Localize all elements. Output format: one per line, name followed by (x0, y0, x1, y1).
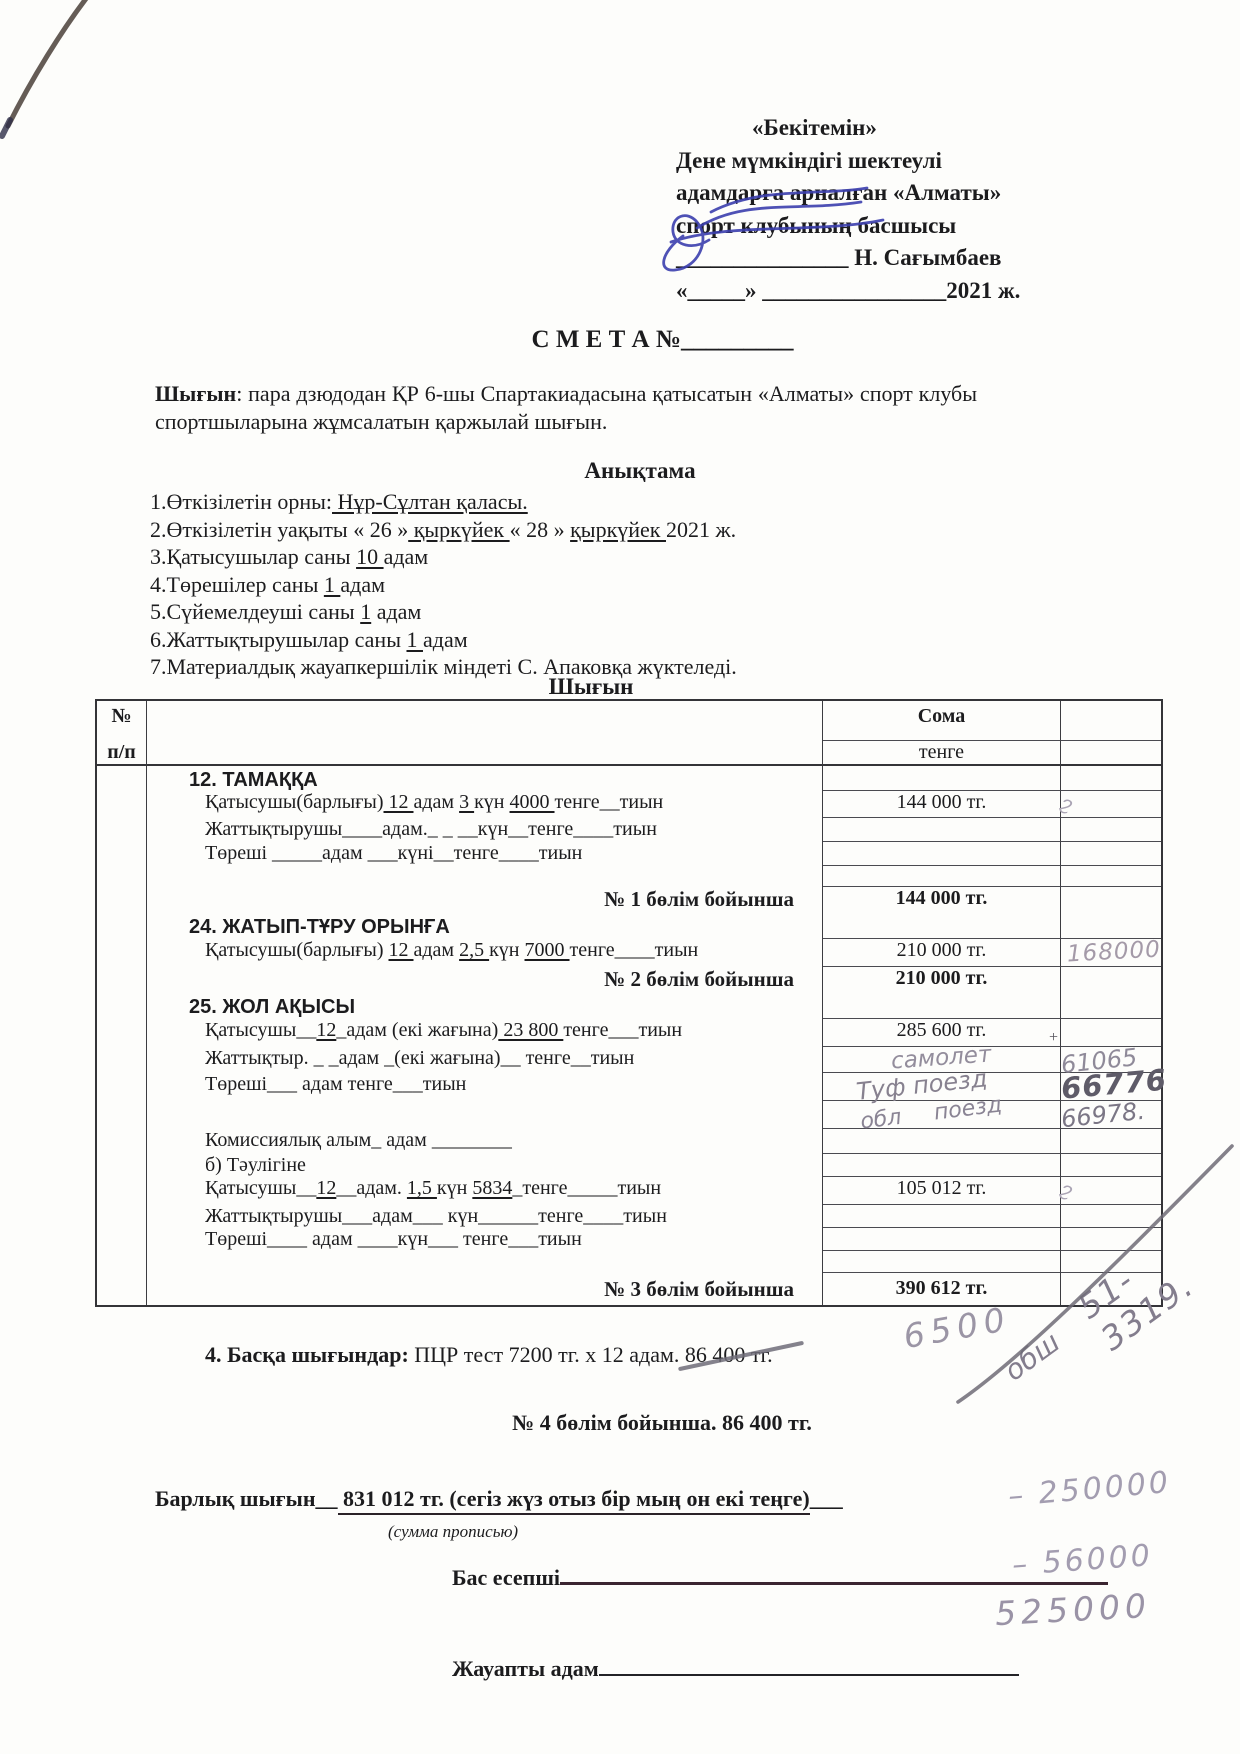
approval-org-line: Дене мүмкіндігі шектеулі (676, 145, 1106, 178)
grand-total-amount: 831 012 тг. (338, 1486, 450, 1511)
responsible-person-line: Жауапты адам (452, 1650, 1019, 1682)
reference-list: 1.Өткізілетін орны: Нұр-Сұлтан қаласы. 2… (150, 488, 1030, 681)
responsible-signature-blank (599, 1650, 1019, 1676)
signatory-name: Н. Сағымбаев (849, 245, 1002, 270)
pencil-minus-250000: – 250000 (1007, 1465, 1172, 1514)
section2-total-label: № 2 бөлім бойынша (147, 967, 823, 993)
sec24-sum: 210 000 тг. (823, 939, 1061, 967)
table-row: Жаттықтырушы____адам._ _ __күн__тенге___… (97, 818, 1161, 842)
pencil-diagonal-stroke (940, 1130, 1240, 1420)
per-day-label: б) Тәулігіне (147, 1154, 823, 1177)
section2-total: 210 000 тг. (823, 967, 1061, 993)
approval-signature-row: _______________ Н. Сағымбаев (676, 242, 1106, 275)
table-row: обл поезд 66978. (97, 1101, 1161, 1129)
intro-line1-text: : пара дзюдодан ҚР 6-шы Спартакиадасына … (236, 381, 977, 406)
table-row: п/п тенге (97, 741, 1161, 766)
pencil-plus-mark: + (1049, 1029, 1058, 1047)
pencil-value-66978: 66978. (1060, 1097, 1146, 1134)
pencil-result-525000: 525000 (994, 1586, 1152, 1633)
title-blank: _________ (681, 326, 794, 353)
sec12-participants-line: Қатысушы(барлығы) 12 адам 3 күн 4000 тен… (147, 791, 823, 818)
grand-total-label: Барлық шығын (155, 1486, 316, 1511)
section-25-title: 25. ЖОЛ АҚЫСЫ (189, 993, 822, 1019)
section1-total: 144 000 тг. (823, 887, 1061, 913)
sec25-referee-line: Төреші___ адам тенге___тиын (147, 1073, 823, 1101)
sec25-coach-line: Жаттықтыр. _ _адам _(екі жағына)__ тенге… (147, 1047, 823, 1073)
per-day-participants-line: Қатысушы__12__адам. 1,5 күн 5834_тенге__… (147, 1177, 823, 1205)
approval-org-line: спорт клубының басшысы (676, 210, 1106, 243)
section-24-title: 24. ЖАТЫП-ТҰРУ ОРЫНҒА (189, 913, 822, 939)
table-row: Қатысушы(барлығы) 12 адам 3 күн 4000 тен… (97, 791, 1161, 818)
sec25-participants-line: Қатысушы__12_адам (екі жағына) 23 800 те… (147, 1019, 823, 1047)
scanned-document-page: «Бекітемін» Дене мүмкіндігі шектеулі ада… (0, 0, 1240, 1754)
reference-item-3: 3.Қатысушылар саны 10 адам (150, 543, 1030, 571)
commission-line: Комиссиялық алым_ адам ________ (147, 1129, 823, 1154)
sec12-referee-line: Төреші _____адам ___күні__тенге____тиын (147, 842, 823, 866)
table-row: Төреші _____адам ___күні__тенге____тиын (97, 842, 1161, 866)
reference-heading: Анықтама (0, 458, 1240, 484)
intro-label: Шығын (155, 381, 236, 406)
pencil-mark: ϩ (1058, 792, 1076, 816)
sec24-participants-line: Қатысушы(барлығы) 12 адам 2,5 күн 7000 т… (147, 939, 823, 967)
reference-item-2: 2.Өткізілетін уақыты « 26 » қыркүйек « 2… (150, 516, 1030, 544)
col-npp-header-2: п/п (97, 741, 147, 766)
sec25-sum-value: 285 600 тг. (897, 1019, 987, 1041)
other-expenses-line: 4. Басқа шығындар: ПЦР тест 7200 тг. х 1… (205, 1342, 773, 1368)
reference-item-5: 5.Сүйемелдеуші саны 1 адам (150, 598, 1030, 626)
table-row: 12. ТАМАҚҚА (97, 766, 1161, 791)
responsible-person-label: Жауапты адам (452, 1656, 599, 1681)
table-row: № 1 бөлім бойынша 144 000 тг. (97, 887, 1161, 913)
reference-item-6: 6.Жаттықтырушылар саны 1 адам (150, 626, 1030, 654)
grand-total-line: Барлық шығын__ 831 012 тг. (сегіз жүз от… (155, 1486, 843, 1512)
table-row: 25. ЖОЛ АҚЫСЫ (97, 993, 1161, 1019)
reference-item-1: 1.Өткізілетін орны: Нұр-Сұлтан қаласы. (150, 488, 1030, 516)
table-row: Қатысушы__12_адам (екі жағына) 23 800 те… (97, 1019, 1161, 1047)
section-12-title: 12. ТАМАҚҚА (189, 766, 822, 792)
total-gap: __ (316, 1486, 338, 1511)
scan-artifact (0, 0, 130, 150)
struck-amount: 86 400 тг. (685, 1342, 773, 1368)
grand-total-amount-and-words: 831 012 тг. (сегіз жүз отыз бір мың он е… (338, 1486, 810, 1515)
chief-accountant-label: Бас есепші (452, 1565, 560, 1590)
sum-column-header: Сома (823, 701, 1061, 741)
section3-total-label: № 3 бөлім бойынша (147, 1273, 823, 1305)
per-day-coach-line: Жаттықтырушы___адам___ күн______тенге___… (147, 1205, 823, 1228)
intro-paragraph: Шығын: пара дзюдодан ҚР 6-шы Спартакиада… (155, 380, 977, 436)
other-expenses-body: ПЦР тест 7200 тг. х 12 адам. (409, 1342, 685, 1367)
pencil-value-168000: 168000 (1066, 937, 1161, 968)
table-row: № Сома (97, 701, 1161, 741)
title-text: С М Е Т А № (532, 326, 681, 353)
approval-block: «Бекітемін» Дене мүмкіндігі шектеулі ада… (676, 112, 1106, 307)
intro-line1: Шығын: пара дзюдодан ҚР 6-шы Спартакиада… (155, 380, 977, 408)
sum-in-words-note: (сумма прописью) (388, 1522, 518, 1542)
approval-org-line: адамдарға арналған «Алматы» (676, 177, 1106, 210)
approval-title: «Бекітемін» (676, 112, 1106, 145)
accountant-signature-blank (560, 1558, 1108, 1585)
table-row: Төреші___ адам тенге___тиын Туф поезд 66… (97, 1073, 1161, 1101)
table-row: Қатысушы(барлығы) 12 адам 2,5 күн 7000 т… (97, 939, 1161, 967)
table-row (97, 866, 1161, 887)
chief-accountant-line: Бас есепші (452, 1558, 1108, 1591)
signature-blank: _______________ (676, 245, 849, 270)
reference-item-4: 4.Төрешілер саны 1 адам (150, 571, 1030, 599)
table-row: № 2 бөлім бойынша 210 000 тг. (97, 967, 1161, 993)
col-npp-header-1: № (97, 701, 147, 741)
sec12-coach-line: Жаттықтырушы____адам._ _ __күн__тенге___… (147, 818, 823, 842)
section4-total: № 4 бөлім бойынша. 86 400 тг. (0, 1410, 1240, 1436)
intro-line2: спортшыларына жұмсалатын қаржылай шығын. (155, 408, 977, 436)
currency-header: тенге (823, 741, 1061, 766)
approval-date-line: «_____» ________________2021 ж. (676, 275, 1106, 308)
sec25-sum: 285 600 тг.+ (823, 1019, 1061, 1047)
table-row: Жаттықтыр. _ _адам _(екі жағына)__ тенге… (97, 1047, 1161, 1073)
expenses-table-heading: Шығын (0, 674, 1240, 700)
per-day-referee-line: Төреші____ адам ____күн___ тенге___тиын (147, 1228, 823, 1251)
total-tail: ___ (810, 1486, 843, 1511)
table-row: 24. ЖАТЫП-ТҰРУ ОРЫНҒА (97, 913, 1161, 939)
section1-total-label: № 1 бөлім бойынша (147, 887, 823, 913)
other-expenses-label: 4. Басқа шығындар: (205, 1342, 409, 1367)
document-title: С М Е Т А №_________ (0, 326, 1240, 354)
sec12-sum: 144 000 тг. (823, 791, 1061, 818)
grand-total-words: (сегіз жүз отыз бір мың он екі теңге) (449, 1486, 809, 1511)
